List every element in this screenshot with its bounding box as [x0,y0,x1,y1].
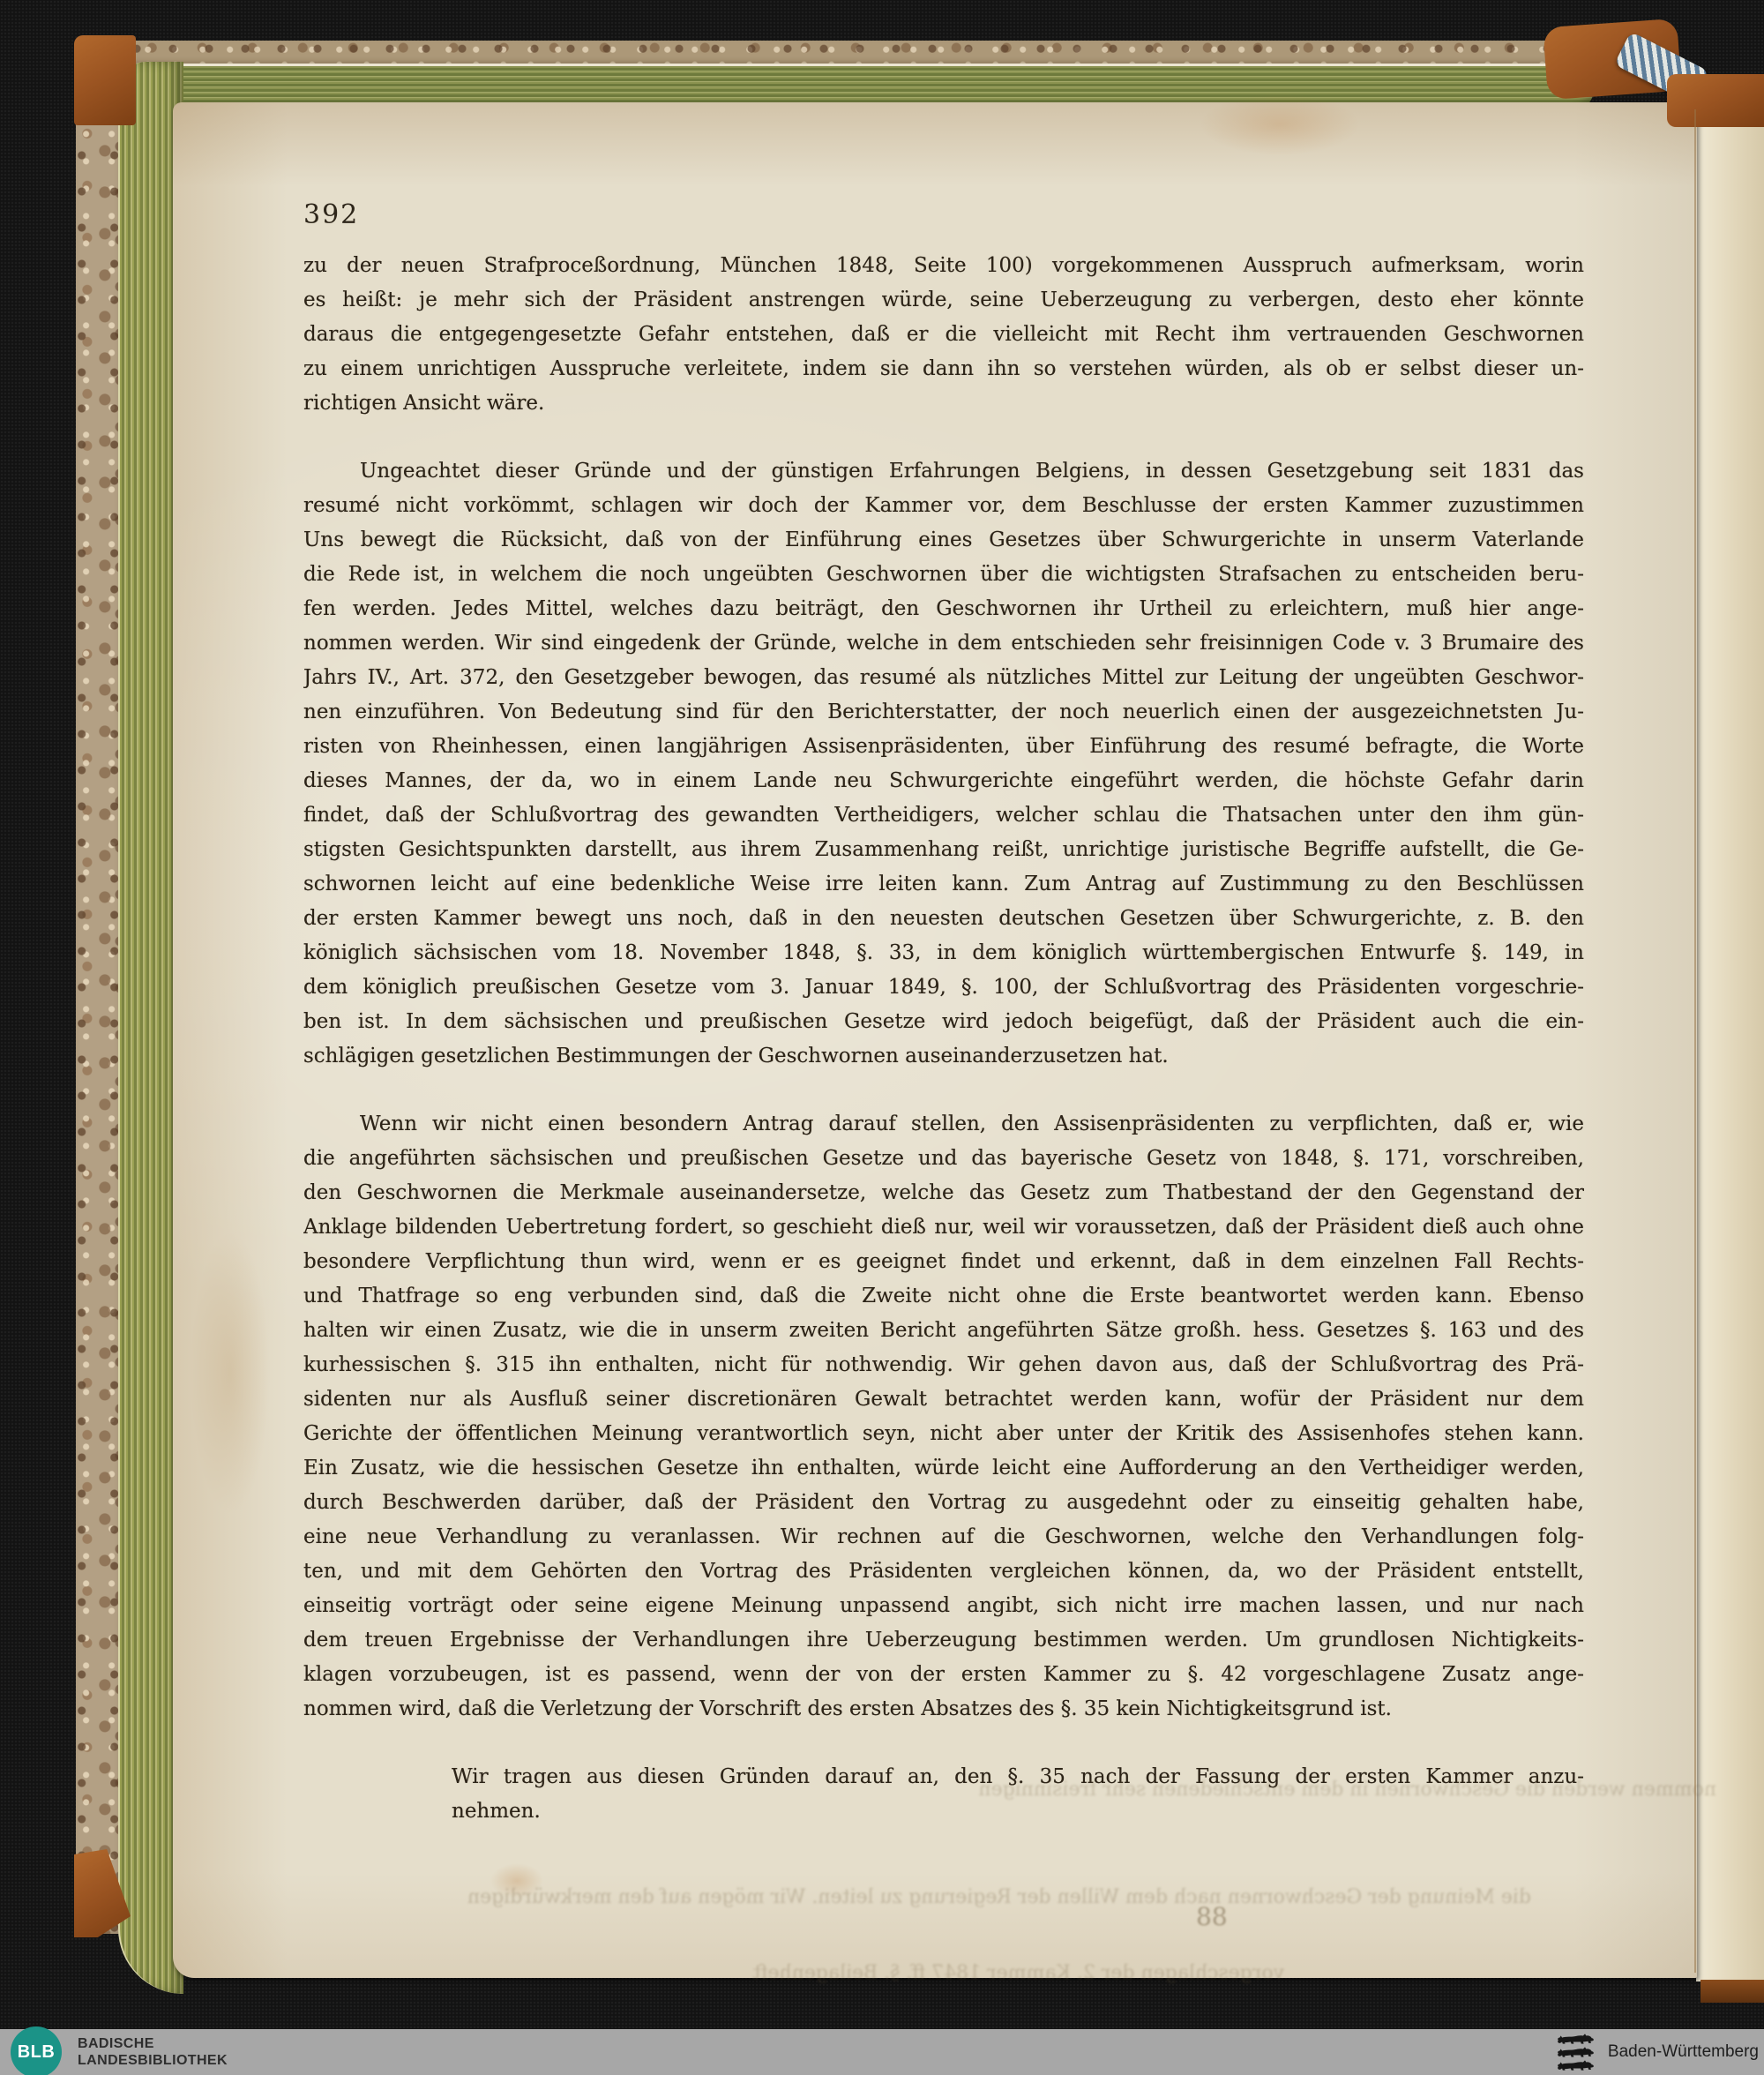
library-footer-bar: BLB BADISCHE LANDESBIBLIOTHEK Baden-Würt… [0,2029,1764,2075]
baden-wuerttemberg-coat-of-arms-icon [1556,2033,1596,2071]
text-line: richtigen Ansicht wäre. [303,386,1584,421]
text-line: ben ist. In dem sächsischen und preußisc… [303,1005,1584,1039]
text-line: zu der neuen Strafproceßordnung, München… [303,249,1584,283]
leather-board-top-right [1667,74,1764,127]
text-line: Ein Zusatz, wie die hessischen Gesetze i… [303,1451,1584,1486]
library-name: BADISCHE LANDESBIBLIOTHEK [78,2035,228,2069]
blb-logo-icon: BLB [11,2026,62,2075]
text-line: daraus die entgegengesetzte Gefahr entst… [303,318,1584,352]
text-line: Ungeachtet dieser Gründe und der günstig… [303,454,1584,489]
text-line: nommen wird, daß die Verletzung der Vors… [303,1692,1584,1727]
text-line: königlich sächsischen vom 18. November 1… [303,936,1584,970]
text-line: risten von Rheinhessen, einen langjährig… [303,730,1584,764]
text-line: der ersten Kammer bewegt uns noch, daß i… [303,902,1584,936]
digitized-book-scan: 392 zu der neuen Strafproceßordnung, Mün… [0,0,1764,2075]
text-line: und Thatfrage so eng verbunden sind, daß… [303,1279,1584,1314]
gutter-crease [1694,109,1696,1973]
bleedthrough-line: die Meinung der Geschwornen nach dem Wil… [437,1886,1531,1908]
text-line: Wenn wir nicht einen besondern Antrag da… [303,1107,1584,1142]
text-line: den Geschwornen die Merkmale auseinander… [303,1176,1584,1210]
bleedthrough-line: nommen werden die Geschwornen in dem ent… [517,1779,1716,1801]
text-line: Gerichte der öffentlichen Meinung verant… [303,1417,1584,1451]
text-line: Anklage bildenden Uebertretung fordert, … [303,1210,1584,1245]
text-line: halten wir einen Zusatz, wie die in unse… [303,1314,1584,1348]
text-line: durch Beschwerden darüber, daß der Präsi… [303,1486,1584,1520]
state-branding: Baden-Württemberg [1556,2029,1759,2075]
text-line: einseitig vorträgt oder seine eigene Mei… [303,1589,1584,1623]
paper-stain [191,1232,270,1514]
library-name-line2: LANDESBIBLIOTHEK [78,2052,228,2069]
text-line: dem königlich preußischen Gesetze vom 3.… [303,970,1584,1005]
library-name-line1: BADISCHE [78,2035,228,2052]
text-line: dem treuen Ergebnisse der Verhandlungen … [303,1623,1584,1658]
paragraph: zu der neuen Strafproceßordnung, München… [303,249,1584,421]
text-line: schwornen leicht auf eine bedenkliche We… [303,867,1584,902]
text-line: schlägigen gesetzlichen Bestimmungen der… [303,1039,1584,1074]
text-block: zu der neuen Strafproceßordnung, München… [303,249,1584,1829]
text-line: die angeführten sächsischen und preußisc… [303,1142,1584,1176]
text-line: nommen werden. Wir sind eingedenk der Gr… [303,626,1584,661]
scanned-page: 392 zu der neuen Strafproceßordnung, Mün… [173,102,1697,1978]
text-line: Uns bewegt die Rücksicht, daß von der Ei… [303,523,1584,558]
text-line: findet, daß der Schlußvortrag des gewand… [303,798,1584,833]
text-line: sidenten nur als Ausfluß seiner discreti… [303,1382,1584,1417]
paragraph: Wenn wir nicht einen besondern Antrag da… [303,1107,1584,1727]
leather-corner-top-left [74,35,136,125]
text-line: eine neue Verhandlung zu veranlassen. Wi… [303,1520,1584,1554]
text-line: nen einzuführen. Von Bedeutung sind für … [303,695,1584,730]
facing-page-sliver [1696,104,1764,1981]
text-line: resumé nicht vorkömmt, schlagen wir doch… [303,489,1584,523]
text-line: klagen vorzubeugen, ist es passend, wenn… [303,1658,1584,1692]
state-name-label: Baden-Württemberg [1608,2042,1759,2062]
leather-bottom-right [1700,1980,1764,2003]
bleedthrough-line: vorgeschlagen der 2. Kammer 1847 ff. §. … [667,1962,1284,1984]
text-line: kurhessischen §. 315 ihn enthalten, nich… [303,1348,1584,1382]
page-number: 392 [303,199,359,230]
paper-stain [1200,94,1359,155]
text-line: die Rede ist, in welchem die noch ungeüb… [303,558,1584,592]
text-line: fen werden. Jedes Mittel, welches dazu b… [303,592,1584,626]
paragraph: Ungeachtet dieser Gründe und der günstig… [303,454,1584,1074]
text-line: Jahrs IV., Art. 372, den Gesetzgeber bew… [303,661,1584,695]
text-line: besondere Verpflichtung thun wird, wenn … [303,1245,1584,1279]
text-line: dieses Mannes, der da, wo in einem Lande… [303,764,1584,798]
text-line: es heißt: je mehr sich der Präsident ans… [303,283,1584,318]
text-line: stigsten Gesichtspunkten darstellt, aus … [303,833,1584,867]
text-line: zu einem unrichtigen Ausspruche verleite… [303,352,1584,386]
text-line: ten, und mit dem Gehörten den Vortrag de… [303,1554,1584,1589]
